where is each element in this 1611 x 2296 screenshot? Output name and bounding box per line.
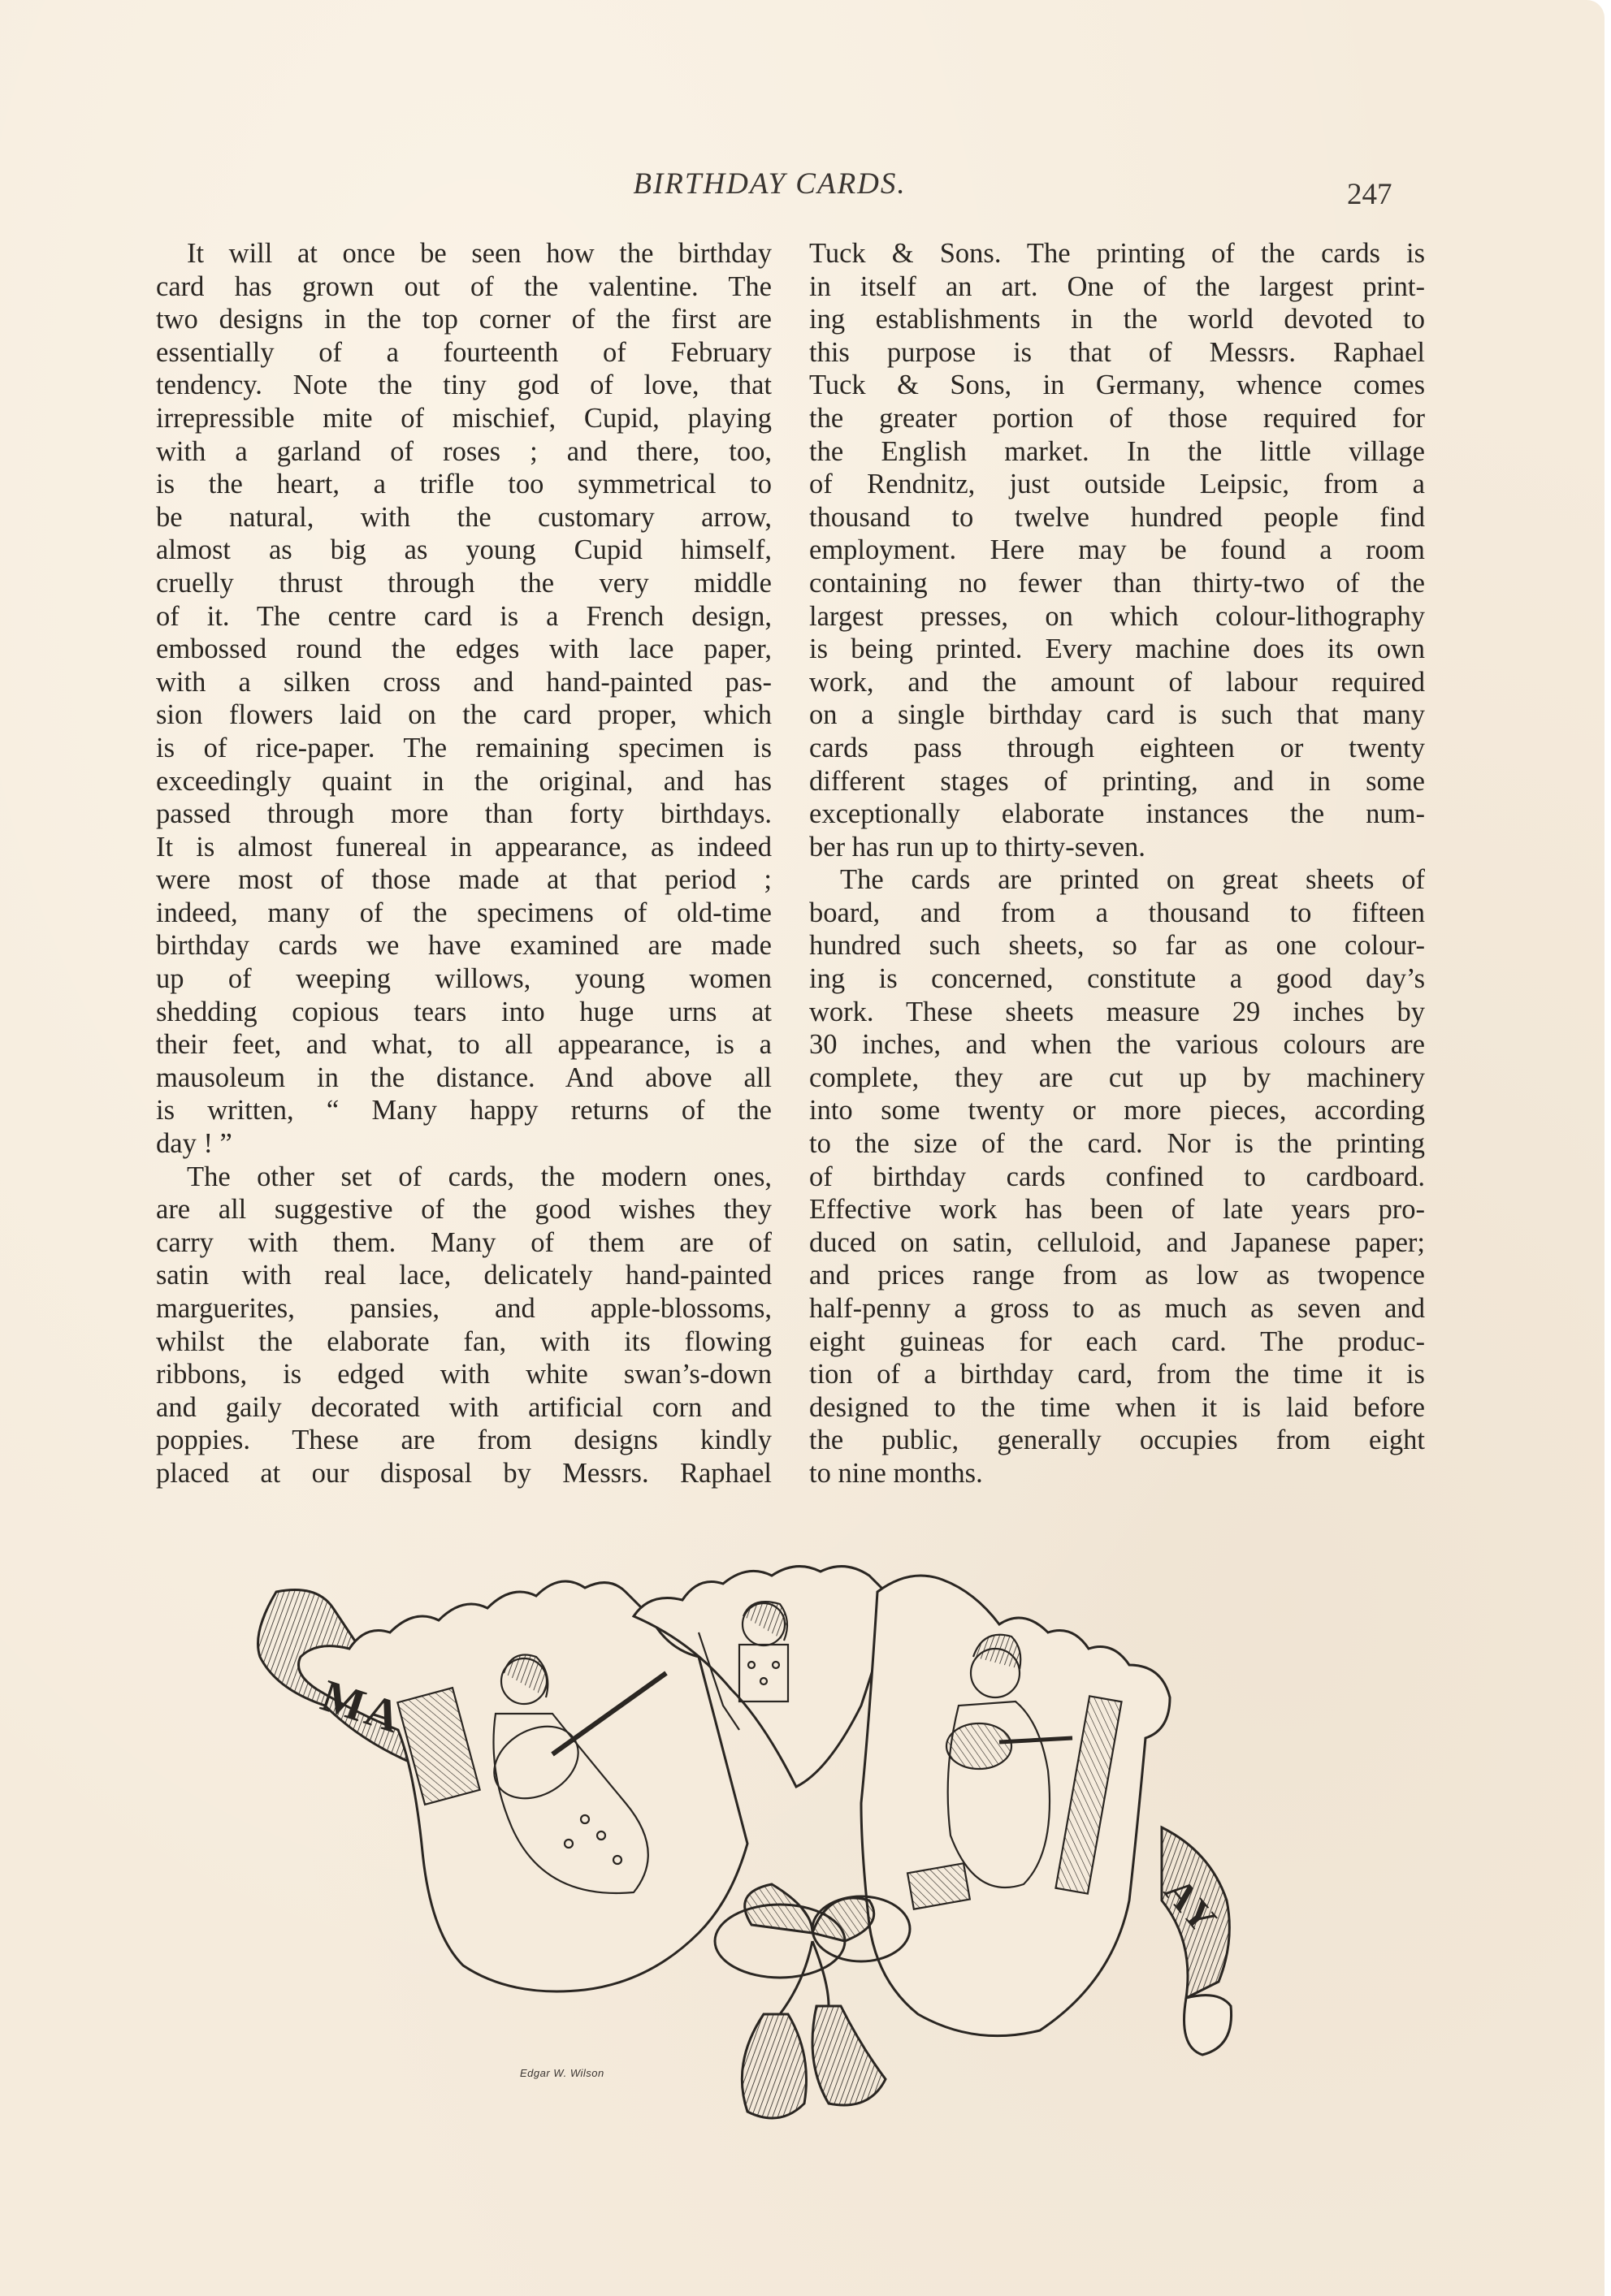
text-line-content: indeed, many of the specimens of old-tim…	[156, 897, 772, 930]
text-line: be natural, with the customary arrow,	[156, 501, 772, 534]
text-line-content: is being printed. Every machine does its…	[809, 633, 1425, 666]
text-line: duced on satin, celluloid, and Japanese …	[809, 1226, 1425, 1260]
text-line: mausoleum in the distance. And above all	[156, 1062, 772, 1095]
text-line: largest presses, on which colour-lithogr…	[809, 600, 1425, 633]
text-line: Tuck & Sons. The printing of the cards i…	[809, 237, 1425, 270]
text-line-content: is written, “ Many happy returns of the	[156, 1094, 772, 1127]
text-line: carry with them. Many of them are of	[156, 1226, 772, 1260]
text-line: to the size of the card. Nor is the prin…	[809, 1127, 1425, 1161]
text-line-content: whilst the elaborate fan, with its flowi…	[156, 1325, 772, 1359]
text-line: work, and the amount of labour required	[809, 666, 1425, 699]
text-line: indeed, many of the specimens of old-tim…	[156, 897, 772, 930]
text-line: card has grown out of the valentine. The	[156, 270, 772, 304]
text-line: 30 inches, and when the various colours …	[809, 1028, 1425, 1062]
text-line-content: placed at our disposal by Messrs. Raphae…	[156, 1457, 772, 1490]
text-line-content: of it. The centre card is a French desig…	[156, 600, 772, 633]
text-line-content: mausoleum in the distance. And above all	[156, 1062, 772, 1095]
text-line: board, and from a thousand to fifteen	[809, 897, 1425, 930]
text-line-content: essentially of a fourteenth of February	[156, 336, 772, 370]
text-line-content: the English market. In the little villag…	[809, 435, 1425, 469]
text-line: employment. Here may be found a room	[809, 534, 1425, 567]
text-line: cards pass through eighteen or twenty	[809, 732, 1425, 765]
text-line-content: on a single birthday card is such that m…	[809, 698, 1425, 732]
text-line-content: carry with them. Many of them are of	[156, 1226, 772, 1260]
text-line: exceptionally elaborate instances the nu…	[809, 798, 1425, 831]
text-line: eight guineas for each card. The produc-	[809, 1325, 1425, 1359]
text-line: It is almost funereal in appearance, as …	[156, 831, 772, 864]
text-line: ing is concerned, constitute a good day’…	[809, 962, 1425, 996]
text-line-content: It is almost funereal in appearance, as …	[156, 831, 772, 864]
text-line-content: of Rendnitz, just outside Leipsic, from …	[809, 468, 1425, 501]
text-line-content: ber has run up to thirty-seven.	[809, 831, 1425, 864]
text-line: and prices range from as low as twopence	[809, 1259, 1425, 1292]
text-line-content: cards pass through eighteen or twenty	[809, 732, 1425, 765]
text-line-content: passed through more than forty birthdays…	[156, 798, 772, 831]
text-line-content: is of rice-paper. The remaining specimen…	[156, 732, 772, 765]
text-line-content: to the size of the card. Nor is the prin…	[809, 1127, 1425, 1161]
text-line: embossed round the edges with lace paper…	[156, 633, 772, 666]
text-line: ribbons, is edged with white swan’s-down	[156, 1358, 772, 1391]
text-line: almost as big as young Cupid himself,	[156, 534, 772, 567]
text-line: thousand to twelve hundred people find	[809, 501, 1425, 534]
text-line-content: tendency. Note the tiny god of love, tha…	[156, 369, 772, 402]
text-line-content: is the heart, a trifle too symmetrical t…	[156, 468, 772, 501]
text-line: complete, they are cut up by machinery	[809, 1062, 1425, 1095]
text-line-content: to nine months.	[809, 1457, 1425, 1490]
text-line: of Rendnitz, just outside Leipsic, from …	[809, 468, 1425, 501]
text-line-content: tion of a birthday card, from the time i…	[809, 1358, 1425, 1391]
text-line-content: embossed round the edges with lace paper…	[156, 633, 772, 666]
text-line-content: and prices range from as low as twopence	[809, 1259, 1425, 1292]
text-line-content: complete, they are cut up by machinery	[809, 1062, 1425, 1095]
text-line-content: up of weeping willows, young women	[156, 962, 772, 996]
text-line: of birthday cards confined to cardboard.	[809, 1161, 1425, 1194]
text-line-content: It will at once be seen how the birthday	[187, 237, 772, 270]
text-line: Tuck & Sons, in Germany, whence comes	[809, 369, 1425, 402]
text-line-content: half-penny a gross to as much as seven a…	[809, 1292, 1425, 1325]
text-line: is of rice-paper. The remaining specimen…	[156, 732, 772, 765]
text-line-content: ing establishments in the world devoted …	[809, 303, 1425, 336]
text-line: in itself an art. One of the largest pri…	[809, 270, 1425, 304]
text-line: different stages of printing, and in som…	[809, 765, 1425, 798]
text-line: essentially of a fourteenth of February	[156, 336, 772, 370]
text-line-content: with a silken cross and hand-painted pas…	[156, 666, 772, 699]
artist-signature: Edgar W. Wilson	[520, 2067, 604, 2079]
text-line-content: shedding copious tears into huge urns at	[156, 996, 772, 1029]
text-line-content: Tuck & Sons. The printing of the cards i…	[809, 237, 1425, 270]
text-line-content: cruelly thrust through the very middle	[156, 567, 772, 600]
text-line: is the heart, a trifle too symmetrical t…	[156, 468, 772, 501]
text-line: ing establishments in the world devoted …	[809, 303, 1425, 336]
text-line: up of weeping willows, young women	[156, 962, 772, 996]
text-line-content: the greater portion of those required fo…	[809, 402, 1425, 435]
running-title: BIRTHDAY CARDS.	[633, 167, 906, 201]
text-line: The cards are printed on great sheets of	[809, 863, 1425, 897]
text-line: exceedingly quaint in the original, and …	[156, 765, 772, 798]
page-number: 247	[1347, 177, 1392, 212]
text-line-content: thousand to twelve hundred people find	[809, 501, 1425, 534]
text-line: birthday cards we have examined are made	[156, 929, 772, 962]
birthday-card-illustration	[244, 1559, 1267, 2193]
text-line-content: 30 inches, and when the various colours …	[809, 1028, 1425, 1062]
text-line: It will at once be seen how the birthday	[156, 237, 772, 270]
text-line: marguerites, pansies, and apple-blossoms…	[156, 1292, 772, 1325]
text-line: to nine months.	[809, 1457, 1425, 1490]
text-line: Effective work has been of late years pr…	[809, 1193, 1425, 1226]
text-line-content: ribbons, is edged with white swan’s-down	[156, 1358, 772, 1391]
text-line: is written, “ Many happy returns of the	[156, 1094, 772, 1127]
text-line: work. These sheets measure 29 inches by	[809, 996, 1425, 1029]
text-line: hundred such sheets, so far as one colou…	[809, 929, 1425, 962]
text-line: two designs in the top corner of the fir…	[156, 303, 772, 336]
text-line-content: duced on satin, celluloid, and Japanese …	[809, 1226, 1425, 1260]
text-line: are all suggestive of the good wishes th…	[156, 1193, 772, 1226]
engraving-icon	[244, 1559, 1267, 2193]
text-line-content: are all suggestive of the good wishes th…	[156, 1193, 772, 1226]
text-line-content: employment. Here may be found a room	[809, 534, 1425, 567]
text-line: passed through more than forty birthdays…	[156, 798, 772, 831]
text-line: cruelly thrust through the very middle	[156, 567, 772, 600]
text-line: the greater portion of those required fo…	[809, 402, 1425, 435]
text-line-content: sion flowers laid on the card proper, wh…	[156, 698, 772, 732]
text-line-content: exceedingly quaint in the original, and …	[156, 765, 772, 798]
text-line-content: marguerites, pansies, and apple-blossoms…	[156, 1292, 772, 1325]
text-line-content: two designs in the top corner of the fir…	[156, 303, 772, 336]
text-line-content: card has grown out of the valentine. The	[156, 270, 772, 304]
text-line-content: poppies. These are from designs kindly	[156, 1424, 772, 1457]
text-line: tion of a birthday card, from the time i…	[809, 1358, 1425, 1391]
text-line-content: designed to the time when it is laid bef…	[809, 1391, 1425, 1425]
text-line-content: birthday cards we have examined are made	[156, 929, 772, 962]
text-line: sion flowers laid on the card proper, wh…	[156, 698, 772, 732]
magazine-page: BIRTHDAY CARDS. 247 It will at once be s…	[0, 0, 1605, 2296]
text-line-content: almost as big as young Cupid himself,	[156, 534, 772, 567]
text-line: shedding copious tears into huge urns at	[156, 996, 772, 1029]
text-line: of it. The centre card is a French desig…	[156, 600, 772, 633]
text-line-content: of birthday cards confined to cardboard.	[809, 1161, 1425, 1194]
text-column-left: It will at once be seen how the birthday…	[156, 237, 772, 1490]
text-line-content: ing is concerned, constitute a good day’…	[809, 962, 1425, 996]
text-line: poppies. These are from designs kindly	[156, 1424, 772, 1457]
text-line-content: be natural, with the customary arrow,	[156, 501, 772, 534]
text-line-content: and gaily decorated with artificial corn…	[156, 1391, 772, 1425]
text-line: with a garland of roses ; and there, too…	[156, 435, 772, 469]
text-line: their feet, and what, to all appearance,…	[156, 1028, 772, 1062]
text-line: designed to the time when it is laid bef…	[809, 1391, 1425, 1425]
text-line: whilst the elaborate fan, with its flowi…	[156, 1325, 772, 1359]
text-line: containing no fewer than thirty-two of t…	[809, 567, 1425, 600]
text-line: tendency. Note the tiny god of love, tha…	[156, 369, 772, 402]
text-line-content: Effective work has been of late years pr…	[809, 1193, 1425, 1226]
text-line: on a single birthday card is such that m…	[809, 698, 1425, 732]
text-line-content: the public, generally occupies from eigh…	[809, 1424, 1425, 1457]
text-line: The other set of cards, the modern ones,	[156, 1161, 772, 1194]
text-line: the English market. In the little villag…	[809, 435, 1425, 469]
text-line: satin with real lace, delicately hand-pa…	[156, 1259, 772, 1292]
text-line-content: largest presses, on which colour-lithogr…	[809, 600, 1425, 633]
text-line-content: into some twenty or more pieces, accordi…	[809, 1094, 1425, 1127]
text-line-content: board, and from a thousand to fifteen	[809, 897, 1425, 930]
text-line-content: hundred such sheets, so far as one colou…	[809, 929, 1425, 962]
text-line: and gaily decorated with artificial corn…	[156, 1391, 772, 1425]
text-line-content: were most of those made at that period ;	[156, 863, 772, 897]
text-line: half-penny a gross to as much as seven a…	[809, 1292, 1425, 1325]
text-line: the public, generally occupies from eigh…	[809, 1424, 1425, 1457]
text-line-content: eight guineas for each card. The produc-	[809, 1325, 1425, 1359]
text-line-content: different stages of printing, and in som…	[809, 765, 1425, 798]
text-line-content: satin with real lace, delicately hand-pa…	[156, 1259, 772, 1292]
text-line: ber has run up to thirty-seven.	[809, 831, 1425, 864]
text-line-content: work. These sheets measure 29 inches by	[809, 996, 1425, 1029]
text-line-content: their feet, and what, to all appearance,…	[156, 1028, 772, 1062]
text-line: placed at our disposal by Messrs. Raphae…	[156, 1457, 772, 1490]
text-line: is being printed. Every machine does its…	[809, 633, 1425, 666]
text-line-content: Tuck & Sons, in Germany, whence comes	[809, 369, 1425, 402]
text-line-content: The cards are printed on great sheets of	[840, 863, 1425, 897]
text-line-content: containing no fewer than thirty-two of t…	[809, 567, 1425, 600]
text-line-content: irrepressible mite of mischief, Cupid, p…	[156, 402, 772, 435]
text-line-content: exceptionally elaborate instances the nu…	[809, 798, 1425, 831]
text-line: with a silken cross and hand-painted pas…	[156, 666, 772, 699]
text-line-content: with a garland of roses ; and there, too…	[156, 435, 772, 469]
text-line: day ! ”	[156, 1127, 772, 1161]
text-line: this purpose is that of Messrs. Raphael	[809, 336, 1425, 370]
text-line-content: this purpose is that of Messrs. Raphael	[809, 336, 1425, 370]
text-line: irrepressible mite of mischief, Cupid, p…	[156, 402, 772, 435]
text-line: were most of those made at that period ;	[156, 863, 772, 897]
text-line-content: in itself an art. One of the largest pri…	[809, 270, 1425, 304]
text-line-content: work, and the amount of labour required	[809, 666, 1425, 699]
text-line-content: day ! ”	[156, 1127, 772, 1161]
text-line: into some twenty or more pieces, accordi…	[809, 1094, 1425, 1127]
text-line-content: The other set of cards, the modern ones,	[187, 1161, 772, 1194]
text-column-right: Tuck & Sons. The printing of the cards i…	[809, 237, 1425, 1490]
